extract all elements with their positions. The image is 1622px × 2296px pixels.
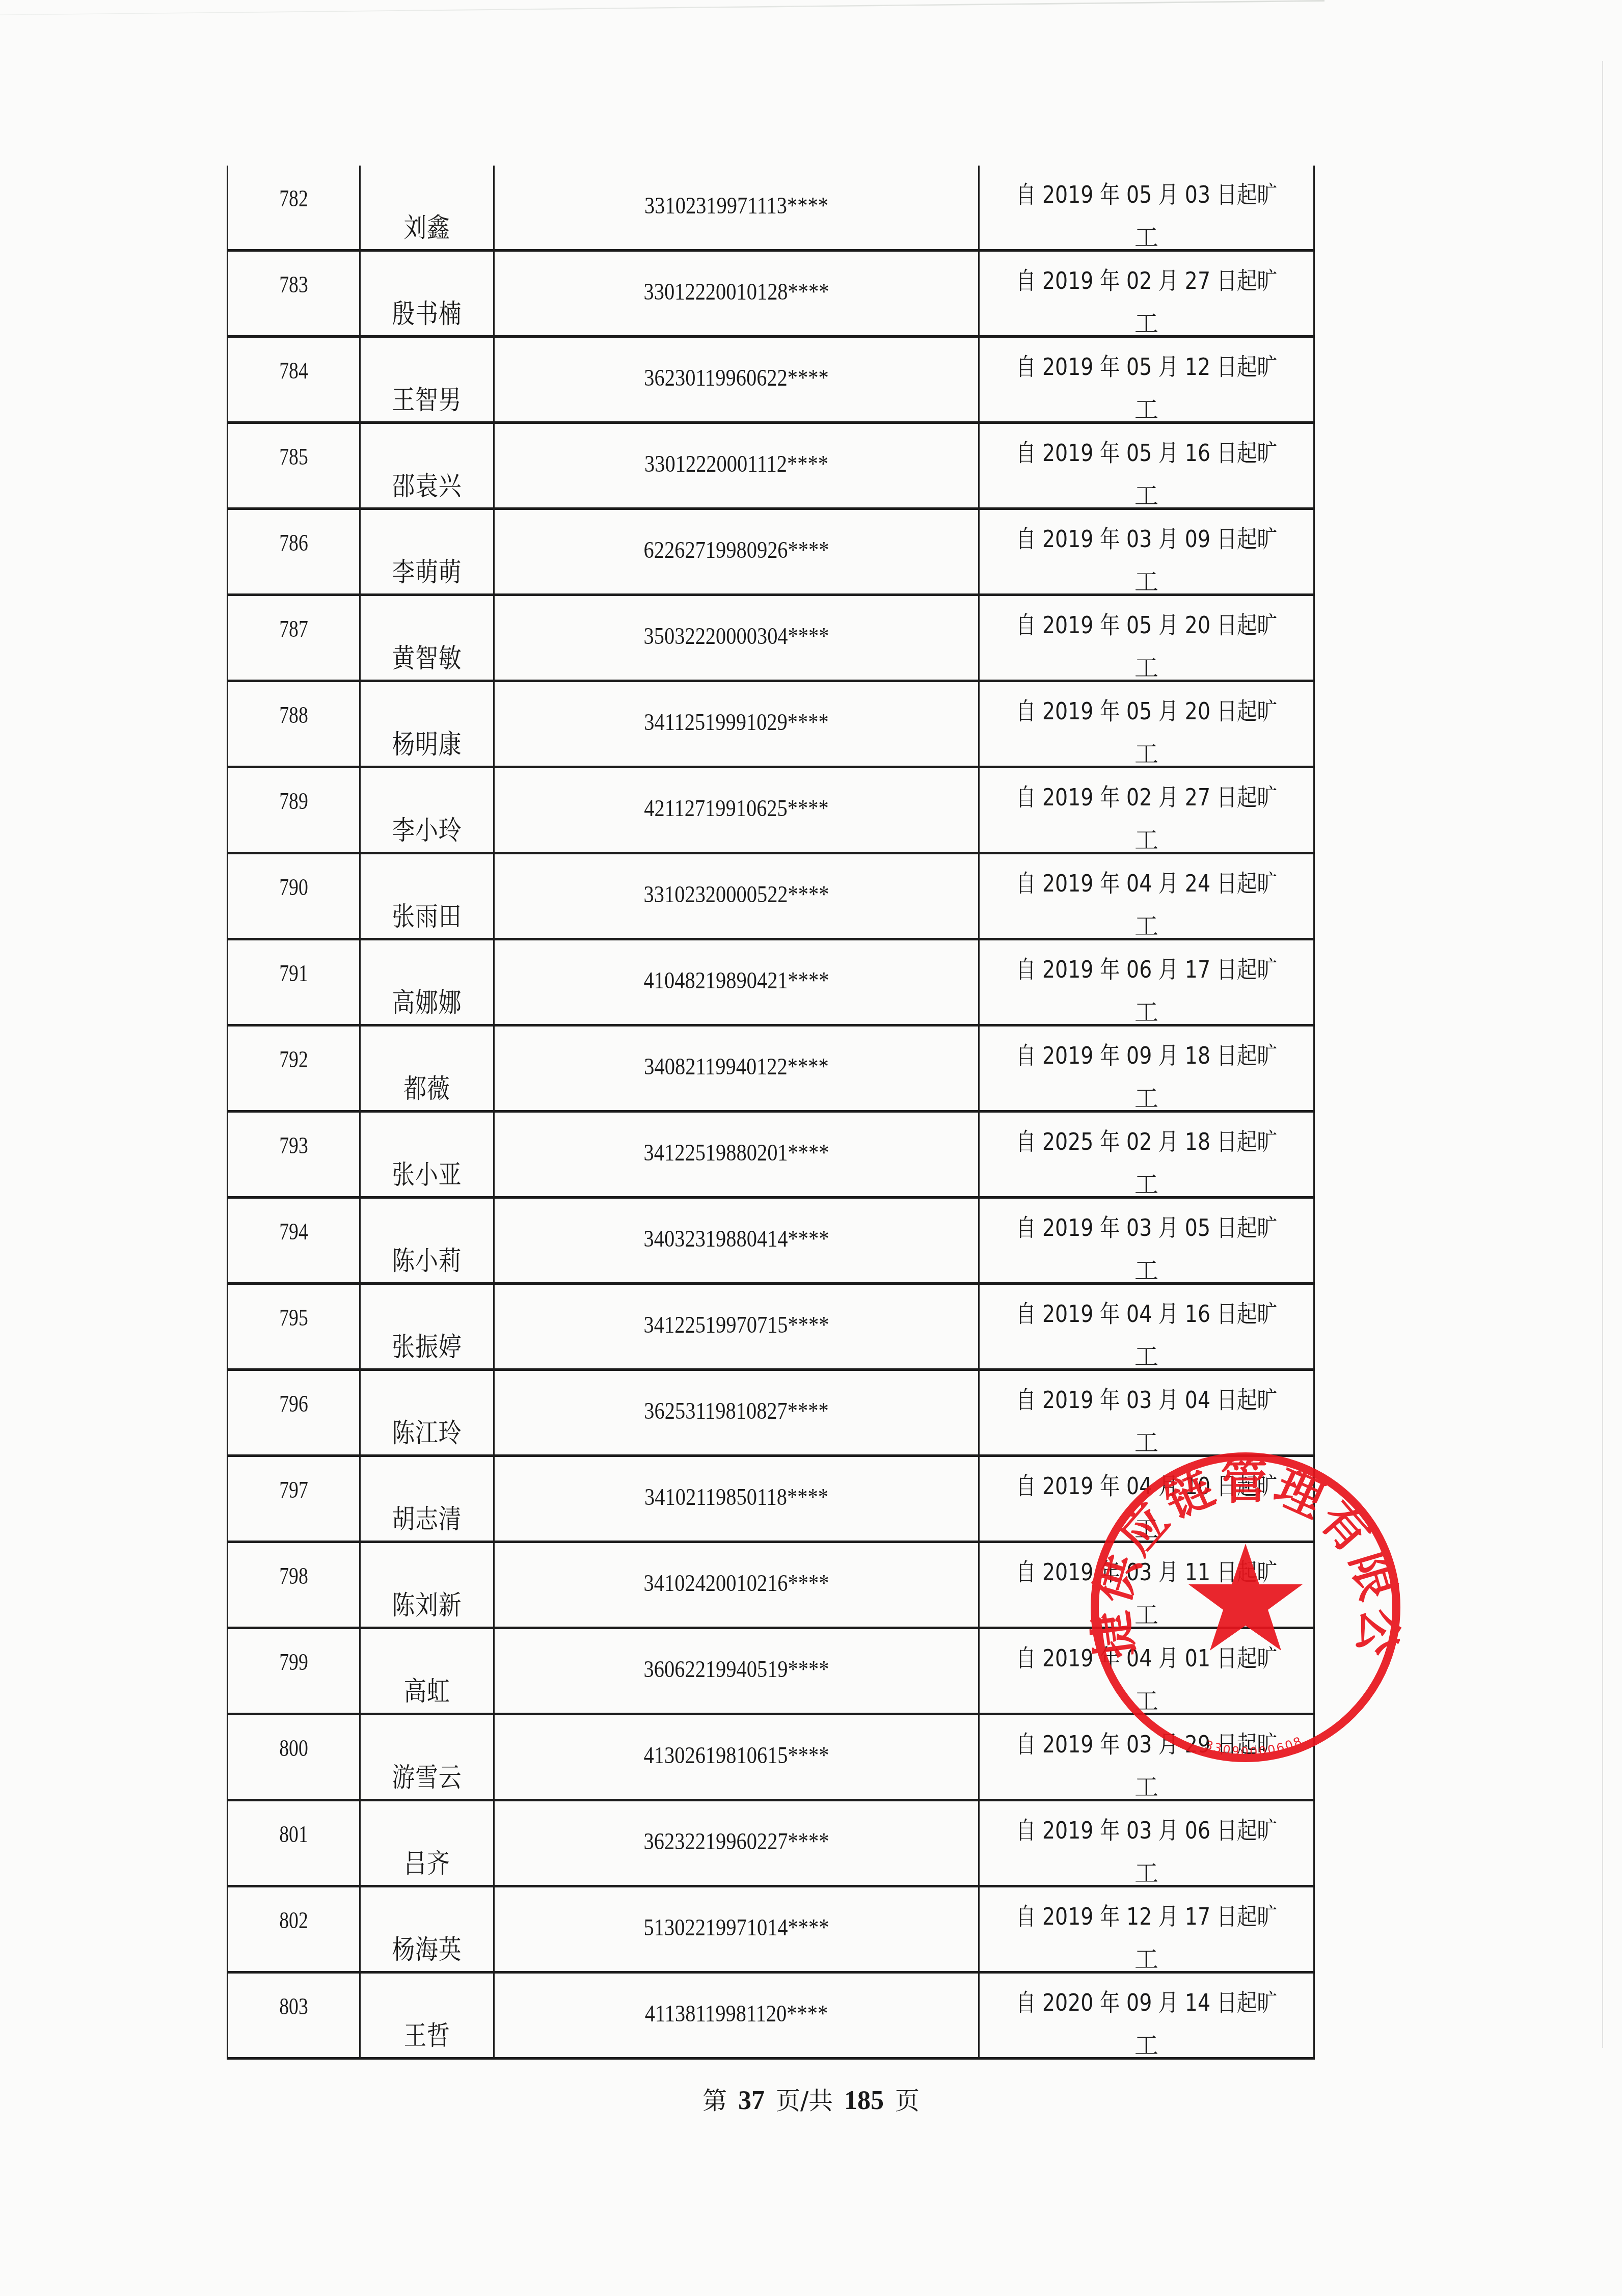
cell-number: 798 <box>228 1542 360 1628</box>
row-number: 792 <box>240 1046 347 1073</box>
table-row: 795张振婷34122519970715****自 2019 年 04 月 16… <box>228 1284 1314 1370</box>
cell-absence: 自 2019 年 02 月 27 日起旷工 <box>979 767 1314 853</box>
total-page-count: 185 <box>844 2086 884 2115</box>
person-name: 张雨田 <box>370 895 484 933</box>
person-name: 杨海英 <box>370 1928 484 1966</box>
table-row: 799高虹36062219940519****自 2019 年 04 月 01 … <box>228 1628 1314 1714</box>
person-name: 陈江玲 <box>370 1412 484 1450</box>
person-name: 吕齐 <box>370 1842 484 1880</box>
cell-absence: 自 2019 年 04 月 24 日起旷工 <box>979 853 1314 939</box>
cell-absence: 自 2019 年 05 月 20 日起旷工 <box>979 595 1314 681</box>
table-row: 792都薇34082119940122****自 2019 年 09 月 18 … <box>228 1025 1314 1112</box>
id-number: 41048219890421**** <box>528 967 944 994</box>
table-row: 786李萌萌62262719980926****自 2019 年 03 月 09… <box>228 509 1314 595</box>
cell-absence: 自 2019 年 05 月 16 日起旷工 <box>979 423 1314 509</box>
absence-date-line1: 自 2019 年 04 月 10 日起旷 <box>1006 1465 1286 1508</box>
cell-id: 36232219960227**** <box>494 1800 979 1886</box>
absence-date-line1: 自 2019 年 05 月 03 日起旷 <box>1006 174 1286 217</box>
person-name: 高虹 <box>370 1670 484 1708</box>
cell-absence: 自 2019 年 03 月 06 日起旷工 <box>979 1800 1314 1886</box>
absence-start: 自 2019 年 04 月 24 日起旷工 <box>980 862 1313 948</box>
cell-name: 刘鑫 <box>360 166 494 251</box>
table-row: 784王智男36230119960622****自 2019 年 05 月 12… <box>228 337 1314 423</box>
id-number: 33102320000522**** <box>528 881 944 908</box>
row-number: 795 <box>240 1304 347 1331</box>
cell-number: 794 <box>228 1198 360 1284</box>
row-number: 790 <box>240 874 347 901</box>
cell-absence: 自 2025 年 02 月 18 日起旷工 <box>979 1112 1314 1198</box>
absence-start: 自 2019 年 02 月 27 日起旷工 <box>980 776 1313 862</box>
cell-absence: 自 2019 年 03 月 05 日起旷工 <box>979 1198 1314 1284</box>
absence-start: 自 2019 年 04 月 10 日起旷工 <box>980 1465 1313 1551</box>
cell-id: 34102420010216**** <box>494 1542 979 1628</box>
person-name: 张振婷 <box>370 1326 484 1364</box>
cell-number: 793 <box>228 1112 360 1198</box>
row-number: 801 <box>240 1821 347 1848</box>
table-row: 800游雪云41302619810615****自 2019 年 03 月 29… <box>228 1714 1314 1800</box>
person-name: 王哲 <box>370 2014 484 2052</box>
cell-absence: 自 2019 年 03 月 09 日起旷工 <box>979 509 1314 595</box>
absence-date-line2: 工 <box>980 2024 1313 2067</box>
absence-date-line1: 自 2019 年 02 月 27 日起旷 <box>1006 776 1286 819</box>
cell-name: 陈小莉 <box>360 1198 494 1284</box>
person-name: 杨明康 <box>370 723 484 761</box>
cell-name: 张雨田 <box>360 853 494 939</box>
id-number: 42112719910625**** <box>528 795 944 822</box>
row-number: 802 <box>240 1907 347 1934</box>
person-name: 陈刘新 <box>370 1584 484 1622</box>
row-number: 786 <box>240 529 347 556</box>
id-number: 41138119981120**** <box>528 2000 944 2028</box>
row-number: 797 <box>240 1476 347 1503</box>
id-number: 62262719980926**** <box>528 536 944 564</box>
absence-start: 自 2019 年 05 月 12 日起旷工 <box>980 346 1313 431</box>
absence-start: 自 2025 年 02 月 18 日起旷工 <box>980 1121 1313 1206</box>
absence-date-line1: 自 2020 年 09 月 14 日起旷 <box>1006 1982 1286 2024</box>
id-number: 33012220001112**** <box>528 450 944 478</box>
id-number: 34102420010216**** <box>528 1570 944 1597</box>
cell-absence: 自 2019 年 09 月 18 日起旷工 <box>979 1025 1314 1112</box>
person-name: 陈小莉 <box>370 1239 484 1278</box>
cell-absence: 自 2019 年 05 月 20 日起旷工 <box>979 681 1314 767</box>
cell-name: 杨明康 <box>360 681 494 767</box>
cell-id: 41048219890421**** <box>494 939 979 1025</box>
absence-date-line1: 自 2019 年 12 月 17 日起旷 <box>1006 1896 1286 1938</box>
person-name: 李小玲 <box>370 809 484 847</box>
row-number: 799 <box>240 1649 347 1676</box>
cell-id: 41302619810615**** <box>494 1714 979 1800</box>
cell-number: 802 <box>228 1886 360 1973</box>
absence-date-line1: 自 2025 年 02 月 18 日起旷 <box>1006 1121 1286 1164</box>
cell-id: 34122519880201**** <box>494 1112 979 1198</box>
absence-date-line1: 自 2019 年 05 月 20 日起旷 <box>1006 604 1286 647</box>
table-row: 782刘鑫33102319971113****自 2019 年 05 月 03 … <box>228 166 1314 251</box>
absence-date-line1: 自 2019 年 03 月 06 日起旷 <box>1006 1809 1286 1852</box>
absence-start: 自 2019 年 03 月 06 日起旷工 <box>980 1809 1313 1895</box>
table-row: 783殷书楠33012220010128****自 2019 年 02 月 27… <box>228 251 1314 337</box>
cell-absence: 自 2020 年 09 月 14 日起旷工 <box>979 1973 1314 2059</box>
cell-number: 786 <box>228 509 360 595</box>
cell-name: 张小亚 <box>360 1112 494 1198</box>
cell-absence: 自 2019 年 03 月 29 日起旷工 <box>979 1714 1314 1800</box>
cell-number: 789 <box>228 767 360 853</box>
absence-start: 自 2019 年 05 月 03 日起旷工 <box>980 174 1313 259</box>
absence-date-line1: 自 2019 年 06 月 17 日起旷 <box>1006 949 1286 991</box>
footer-mid: 页/共 <box>776 2087 833 2115</box>
row-number: 789 <box>240 788 347 815</box>
absence-date-line1: 自 2019 年 03 月 09 日起旷 <box>1006 518 1286 561</box>
absence-start: 自 2019 年 03 月 29 日起旷工 <box>980 1723 1313 1809</box>
cell-absence: 自 2019 年 05 月 12 日起旷工 <box>979 337 1314 423</box>
table-row: 803王哲41138119981120****自 2020 年 09 月 14 … <box>228 1973 1314 2059</box>
id-number: 36232219960227**** <box>528 1828 944 1855</box>
absence-date-line1: 自 2019 年 03 月 04 日起旷 <box>1006 1379 1286 1422</box>
cell-number: 787 <box>228 595 360 681</box>
cell-id: 33012220010128**** <box>494 251 979 337</box>
row-number: 794 <box>240 1218 347 1245</box>
cell-absence: 自 2019 年 04 月 16 日起旷工 <box>979 1284 1314 1370</box>
cell-number: 800 <box>228 1714 360 1800</box>
id-number: 34082119940122**** <box>528 1053 944 1081</box>
row-number: 782 <box>240 185 347 212</box>
cell-name: 都薇 <box>360 1025 494 1112</box>
cell-name: 邵袁兴 <box>360 423 494 509</box>
cell-number: 799 <box>228 1628 360 1714</box>
table-row: 796陈江玲36253119810827****自 2019 年 03 月 04… <box>228 1370 1314 1456</box>
cell-name: 高虹 <box>360 1628 494 1714</box>
person-name: 刘鑫 <box>370 206 484 245</box>
person-name: 张小亚 <box>370 1153 484 1192</box>
cell-name: 杨海英 <box>360 1886 494 1973</box>
cell-absence: 自 2019 年 12 月 17 日起旷工 <box>979 1886 1314 1973</box>
absence-start: 自 2019 年 04 月 16 日起旷工 <box>980 1293 1313 1379</box>
absence-start: 自 2019 年 05 月 20 日起旷工 <box>980 690 1313 776</box>
footer-suffix: 页 <box>895 2087 920 2115</box>
footer-prefix: 第 <box>702 2087 727 2115</box>
cell-name: 殷书楠 <box>360 251 494 337</box>
absence-date-line1: 自 2019 年 05 月 20 日起旷 <box>1006 690 1286 733</box>
cell-name: 王哲 <box>360 1973 494 2059</box>
id-number: 34102119850118**** <box>528 1483 944 1511</box>
cell-number: 783 <box>228 251 360 337</box>
cell-id: 34102119850118**** <box>494 1456 979 1542</box>
table-row: 791高娜娜41048219890421****自 2019 年 06 月 17… <box>228 939 1314 1025</box>
cell-id: 34122519970715**** <box>494 1284 979 1370</box>
absence-date-line1: 自 2019 年 09 月 18 日起旷 <box>1006 1035 1286 1077</box>
absence-start: 自 2019 年 02 月 27 日起旷工 <box>980 260 1313 345</box>
cell-id: 33102319971113**** <box>494 166 979 251</box>
absence-date-line1: 自 2019 年 04 月 24 日起旷 <box>1006 862 1286 905</box>
table-row: 787黄智敏35032220000304****自 2019 年 05 月 20… <box>228 595 1314 681</box>
row-number: 800 <box>240 1735 347 1762</box>
cell-absence: 自 2019 年 06 月 17 日起旷工 <box>979 939 1314 1025</box>
row-number: 803 <box>240 1993 347 2020</box>
table-row: 785邵袁兴33012220001112****自 2019 年 05 月 16… <box>228 423 1314 509</box>
person-name: 游雪云 <box>370 1756 484 1794</box>
absence-date-line1: 自 2019 年 04 月 16 日起旷 <box>1006 1293 1286 1336</box>
cell-id: 51302219971014**** <box>494 1886 979 1973</box>
cell-id: 33012220001112**** <box>494 423 979 509</box>
cell-number: 791 <box>228 939 360 1025</box>
row-number: 787 <box>240 615 347 642</box>
table-row: 788杨明康34112519991029****自 2019 年 05 月 20… <box>228 681 1314 767</box>
id-number: 35032220000304**** <box>528 623 944 650</box>
cell-number: 797 <box>228 1456 360 1542</box>
absence-start: 自 2019 年 05 月 16 日起旷工 <box>980 432 1313 518</box>
cell-number: 790 <box>228 853 360 939</box>
id-number: 34122519880201**** <box>528 1139 944 1167</box>
row-number: 784 <box>240 357 347 384</box>
row-number: 783 <box>240 271 347 298</box>
cell-name: 高娜娜 <box>360 939 494 1025</box>
cell-id: 36253119810827**** <box>494 1370 979 1456</box>
person-name: 高娜娜 <box>370 981 484 1019</box>
table-row: 801吕齐36232219960227****自 2019 年 03 月 06 … <box>228 1800 1314 1886</box>
absence-date-line1: 自 2019 年 03 月 05 日起旷 <box>1006 1207 1286 1250</box>
page-edge <box>1602 61 1603 2048</box>
absence-date-line1: 自 2019 年 04 月 01 日起旷 <box>1006 1637 1286 1680</box>
absence-start: 自 2019 年 03 月 05 日起旷工 <box>980 1207 1313 1292</box>
person-name: 邵袁兴 <box>370 465 484 503</box>
cell-id: 36230119960622**** <box>494 337 979 423</box>
cell-absence: 自 2019 年 04 月 01 日起旷工 <box>979 1628 1314 1714</box>
absence-date-line1: 自 2019 年 02 月 27 日起旷 <box>1006 260 1286 303</box>
absence-start: 自 2019 年 12 月 17 日起旷工 <box>980 1896 1313 1981</box>
cell-id: 34032319880414**** <box>494 1198 979 1284</box>
table-row: 798陈刘新34102420010216****自 2019 年 03 月 11… <box>228 1542 1314 1628</box>
cell-id: 34082119940122**** <box>494 1025 979 1112</box>
cell-name: 黄智敏 <box>360 595 494 681</box>
cell-name: 陈江玲 <box>360 1370 494 1456</box>
absence-date-line1: 自 2019 年 03 月 11 日起旷 <box>1006 1551 1286 1594</box>
cell-id: 33102320000522**** <box>494 853 979 939</box>
cell-absence: 自 2019 年 04 月 10 日起旷工 <box>979 1456 1314 1542</box>
id-number: 34032319880414**** <box>528 1225 944 1253</box>
absence-date-line1: 自 2019 年 03 月 29 日起旷 <box>1006 1723 1286 1766</box>
cell-name: 李萌萌 <box>360 509 494 595</box>
table-row: 789李小玲42112719910625****自 2019 年 02 月 27… <box>228 767 1314 853</box>
absence-start: 自 2019 年 06 月 17 日起旷工 <box>980 949 1313 1034</box>
id-number: 36230119960622**** <box>528 364 944 392</box>
row-number: 791 <box>240 960 347 987</box>
absence-date-line1: 自 2019 年 05 月 16 日起旷 <box>1006 432 1286 475</box>
table-row: 802杨海英51302219971014****自 2019 年 12 月 17… <box>228 1886 1314 1973</box>
id-number: 34112519991029**** <box>528 709 944 736</box>
id-number: 51302219971014**** <box>528 1914 944 1941</box>
cell-name: 胡志清 <box>360 1456 494 1542</box>
table-row: 794陈小莉34032319880414****自 2019 年 03 月 05… <box>228 1198 1314 1284</box>
person-name: 殷书楠 <box>370 292 484 331</box>
cell-absence: 自 2019 年 02 月 27 日起旷工 <box>979 251 1314 337</box>
cell-name: 王智男 <box>360 337 494 423</box>
absence-start: 自 2019 年 05 月 20 日起旷工 <box>980 604 1313 690</box>
absence-start: 自 2019 年 09 月 18 日起旷工 <box>980 1035 1313 1120</box>
cell-absence: 自 2019 年 03 月 11 日起旷工 <box>979 1542 1314 1628</box>
cell-absence: 自 2019 年 03 月 04 日起旷工 <box>979 1370 1314 1456</box>
person-name: 王智男 <box>370 379 484 417</box>
absence-start: 自 2019 年 04 月 01 日起旷工 <box>980 1637 1313 1723</box>
table-row: 793张小亚34122519880201****自 2025 年 02 月 18… <box>228 1112 1314 1198</box>
cell-number: 788 <box>228 681 360 767</box>
cell-number: 803 <box>228 1973 360 2059</box>
row-number: 796 <box>240 1390 347 1417</box>
cell-id: 34112519991029**** <box>494 681 979 767</box>
person-name: 李萌萌 <box>370 551 484 589</box>
scanner-shadow <box>0 0 1324 15</box>
person-name: 胡志清 <box>370 1498 484 1536</box>
cell-number: 795 <box>228 1284 360 1370</box>
cell-name: 李小玲 <box>360 767 494 853</box>
person-name: 都薇 <box>370 1067 484 1105</box>
row-number: 785 <box>240 443 347 470</box>
page-footer: 第37页/共185页 <box>0 2081 1622 2116</box>
id-number: 34122519970715**** <box>528 1311 944 1339</box>
cell-name: 游雪云 <box>360 1714 494 1800</box>
cell-number: 785 <box>228 423 360 509</box>
id-number: 33012220010128**** <box>528 278 944 306</box>
absence-roster-table: 782刘鑫33102319971113****自 2019 年 05 月 03 … <box>227 166 1315 2060</box>
cell-id: 62262719980926**** <box>494 509 979 595</box>
cell-number: 784 <box>228 337 360 423</box>
row-number: 798 <box>240 1562 347 1589</box>
absence-start: 自 2019 年 03 月 09 日起旷工 <box>980 518 1313 604</box>
id-number: 36062219940519**** <box>528 1656 944 1683</box>
cell-number: 792 <box>228 1025 360 1112</box>
cell-number: 782 <box>228 166 360 251</box>
absence-start: 自 2019 年 03 月 04 日起旷工 <box>980 1379 1313 1465</box>
row-number: 788 <box>240 701 347 728</box>
cell-name: 张振婷 <box>360 1284 494 1370</box>
cell-id: 42112719910625**** <box>494 767 979 853</box>
roster-body: 782刘鑫33102319971113****自 2019 年 05 月 03 … <box>228 166 1314 2059</box>
person-name: 黄智敏 <box>370 637 484 675</box>
id-number: 36253119810827**** <box>528 1397 944 1425</box>
current-page-number: 37 <box>738 2086 765 2115</box>
table-row: 790张雨田33102320000522****自 2019 年 04 月 24… <box>228 853 1314 939</box>
row-number: 793 <box>240 1132 347 1159</box>
table-row: 797胡志清34102119850118****自 2019 年 04 月 10… <box>228 1456 1314 1542</box>
absence-start: 自 2019 年 03 月 11 日起旷工 <box>980 1551 1313 1637</box>
id-number: 33102319971113**** <box>528 192 944 220</box>
cell-id: 41138119981120**** <box>494 1973 979 2059</box>
cell-id: 36062219940519**** <box>494 1628 979 1714</box>
cell-number: 796 <box>228 1370 360 1456</box>
cell-absence: 自 2019 年 05 月 03 日起旷工 <box>979 166 1314 251</box>
cell-name: 吕齐 <box>360 1800 494 1886</box>
absence-date-line1: 自 2019 年 05 月 12 日起旷 <box>1006 346 1286 389</box>
cell-id: 35032220000304**** <box>494 595 979 681</box>
cell-name: 陈刘新 <box>360 1542 494 1628</box>
id-number: 41302619810615**** <box>528 1742 944 1769</box>
absence-start: 自 2020 年 09 月 14 日起旷工 <box>980 1982 1313 2067</box>
cell-number: 801 <box>228 1800 360 1886</box>
